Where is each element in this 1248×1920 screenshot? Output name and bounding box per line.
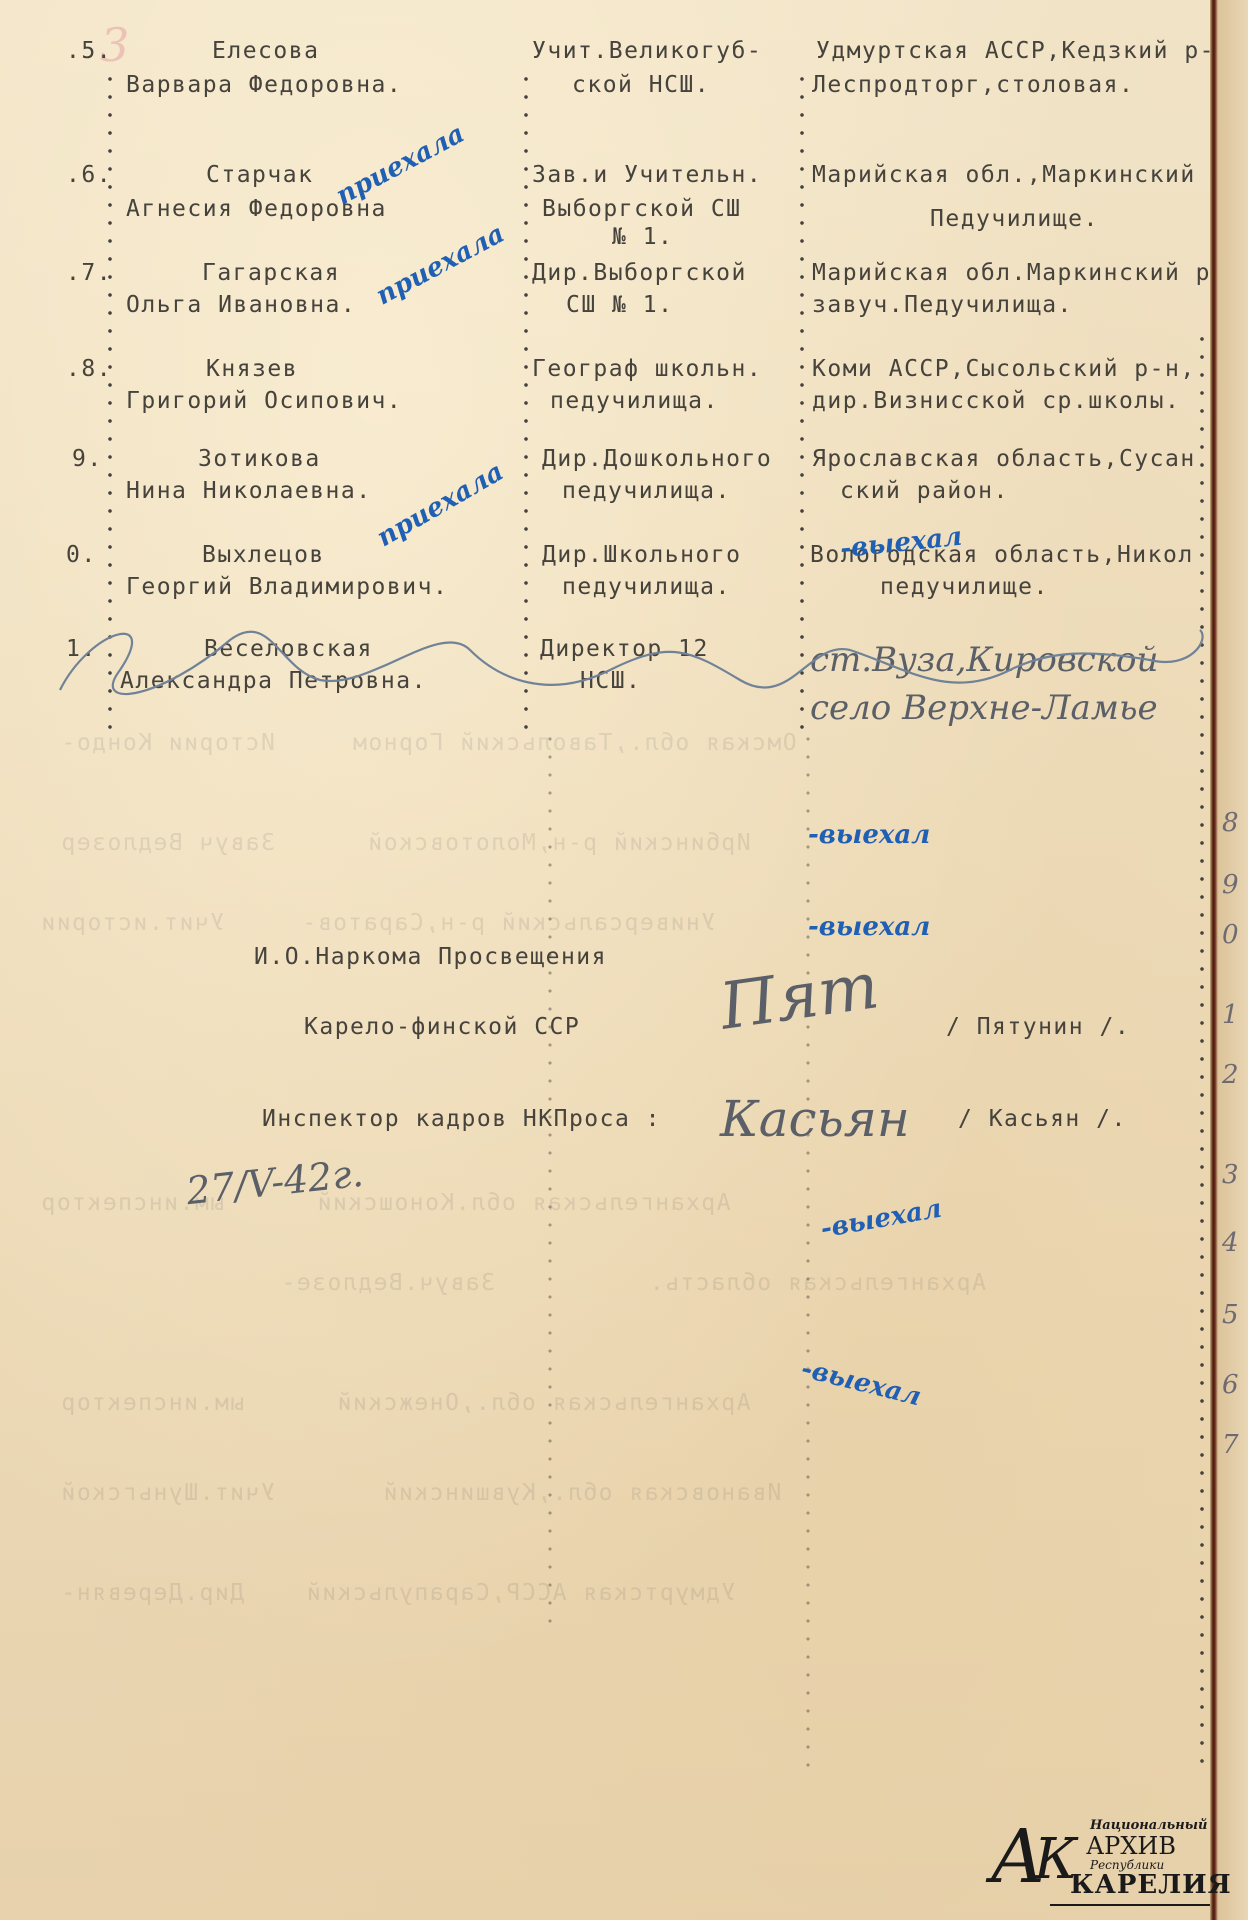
- margin-number: 9: [1222, 870, 1239, 900]
- annotation-arrived: приехала: [371, 219, 509, 312]
- document-page: 3 Омская обл.,Тавольский Горном Истории …: [0, 0, 1210, 1920]
- entry-surname: Князев: [206, 356, 298, 382]
- show-through-text: Удмуртская АССР,Сарапульский Дир.Деревян…: [60, 1580, 735, 1606]
- signature-title-3: Инспектор кадров НКПроса :: [262, 1106, 661, 1132]
- entry-given-name: Варвара Федоровна.: [126, 72, 402, 98]
- archive-logo: А К Национальный Архив Республики Карели…: [990, 1810, 1210, 1910]
- entry-destination: ский район.: [840, 478, 1009, 504]
- entry-destination: педучилище.: [880, 574, 1049, 600]
- signature-title-2: Карело-финской ССР: [304, 1014, 580, 1040]
- entry-destination: завуч.Педучилища.: [812, 292, 1073, 318]
- margin-number: 8: [1222, 808, 1239, 838]
- entry-surname: Елесова: [212, 38, 319, 64]
- strike-through-scribble: [50, 610, 1220, 730]
- entry-destination: Удмуртская АССР,Кедзкий р-: [816, 38, 1215, 64]
- show-through-text: Архангельская область. Завуч.Ведлозе-: [280, 1270, 986, 1296]
- pencil-signature-2: Касьян: [720, 1090, 910, 1148]
- logo-line-1: Национальный: [1090, 1818, 1207, 1833]
- entry-destination: Педучилище.: [930, 206, 1099, 232]
- entry-destination: Марийская обл.,Маркинский: [812, 162, 1196, 188]
- entry-position: Дир.Дошкольного: [542, 446, 772, 472]
- entry-number: .6.: [66, 162, 112, 188]
- entry-position: № 1.: [612, 224, 673, 250]
- right-edge-dots: [1200, 330, 1204, 1770]
- entry-given-name: Нина Николаевна.: [126, 478, 372, 504]
- entry-surname: Старчак: [206, 162, 313, 188]
- margin-number: 0: [1222, 920, 1239, 950]
- entry-position: Зав.и Учительн.: [532, 162, 762, 188]
- entry-position: педучилища.: [562, 574, 731, 600]
- show-through-text: Ивановская обл.,Кувшинский Учит.Шуньгско…: [60, 1480, 781, 1506]
- entry-position: ской НСШ.: [572, 72, 710, 98]
- show-through-text: Омская обл.,Тавольский Горном Истории Ко…: [60, 730, 797, 756]
- entry-number: .8.: [66, 356, 112, 382]
- entry-position: Дир.Школьного: [542, 542, 742, 568]
- entry-position: Выборгской СШ: [542, 196, 742, 222]
- column-divider-3-lower: [806, 730, 810, 1770]
- show-through-text: Архангельская обл.Коношский ым.инспектор: [40, 1190, 731, 1216]
- entry-position: Дир.Выборгской: [532, 260, 747, 286]
- entry-surname: Гагарская: [202, 260, 340, 286]
- entry-given-name: Ольга Ивановна.: [126, 292, 356, 318]
- entry-given-name: Георгий Владимирович.: [126, 574, 448, 600]
- show-through-text: Универсальский р-н,Саратов- Учит.истории: [40, 910, 715, 936]
- annotation-departed: -выехал: [808, 820, 930, 850]
- annotation-departed: -выехал: [798, 1354, 924, 1413]
- show-through-text: Ирбинский р-н,Молотовской Завуч Ведлозер: [60, 830, 751, 856]
- page-edge: [1210, 0, 1248, 1920]
- entry-given-name: Григорий Осипович.: [126, 388, 402, 414]
- entry-surname: Выхлецов: [202, 542, 325, 568]
- entry-destination: Ярославская область,Сусан: [812, 446, 1196, 472]
- entry-destination: дир.Визнисской ср.школы.: [812, 388, 1180, 414]
- margin-number: 6: [1222, 1370, 1239, 1400]
- entry-position: Географ школьн.: [532, 356, 762, 382]
- entry-destination: Марийская обл.Маркинский р: [812, 260, 1211, 286]
- entry-position: педучилища.: [550, 388, 719, 414]
- annotation-departed: -выехал: [818, 1194, 944, 1245]
- entry-position: Учит.Великогуб-: [532, 38, 762, 64]
- signature-title-1: И.О.Наркома Просвещения: [254, 944, 607, 970]
- margin-number: 2: [1222, 1060, 1239, 1090]
- entry-number: 9.: [72, 446, 103, 472]
- show-through-text: Архангельская обл.,Онежский ым.инспектор: [60, 1390, 751, 1416]
- margin-number: 3: [1222, 1160, 1239, 1190]
- margin-number: 5: [1222, 1300, 1239, 1330]
- entry-destination: Коми АССР,Сысольский р-н,: [812, 356, 1196, 382]
- margin-number: 7: [1222, 1430, 1239, 1460]
- logo-line-4: Карелия: [1070, 1870, 1232, 1900]
- entry-number: 0.: [66, 542, 97, 568]
- entry-number: .7.: [66, 260, 112, 286]
- entry-destination: Леспродторг,столовая.: [812, 72, 1134, 98]
- margin-number: 1: [1222, 1000, 1239, 1030]
- logo-underline: [1050, 1904, 1210, 1906]
- signatory-name-2: / Касьян /.: [958, 1106, 1127, 1132]
- annotation-departed: -выехал: [808, 912, 930, 942]
- signatory-name-1: / Пятунин /.: [946, 1014, 1130, 1040]
- entry-surname: Зотикова: [198, 446, 321, 472]
- entry-position: педучилища.: [562, 478, 731, 504]
- entry-position: СШ № 1.: [566, 292, 673, 318]
- annotation-arrived: приехала: [372, 457, 509, 553]
- margin-number: 4: [1222, 1228, 1239, 1258]
- pencil-signature-1: Пят: [716, 949, 884, 1044]
- logo-line-2: Архив: [1086, 1832, 1176, 1860]
- annotation-arrived: приехала: [331, 119, 469, 212]
- entry-number: .5.: [66, 38, 112, 64]
